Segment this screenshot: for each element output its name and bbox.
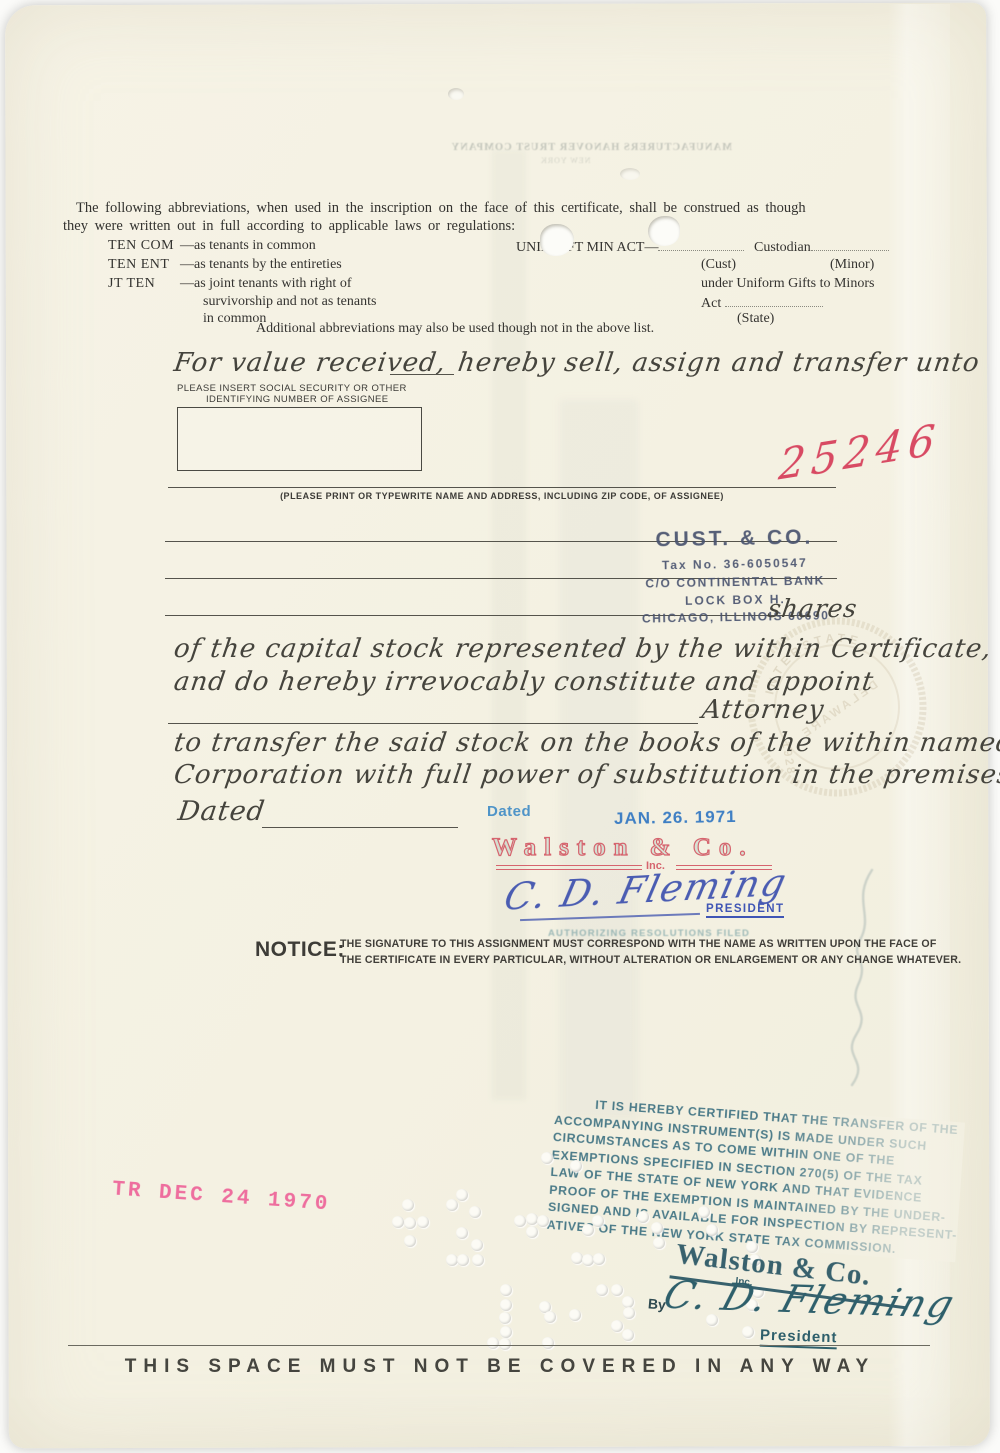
perforation-hole: [537, 1215, 549, 1227]
perforation-hole: [706, 1224, 718, 1236]
perforation-hole: [500, 1326, 512, 1338]
perforation-hole: [526, 1226, 538, 1238]
perforation-hole: [469, 1206, 481, 1218]
perforation-hole: [596, 1284, 608, 1296]
perforation-hole: [582, 1224, 594, 1236]
perforation-layer: [0, 0, 1000, 1453]
perforation-hole: [542, 1337, 554, 1349]
perforation-hole: [570, 1160, 582, 1172]
scanned-certificate-back: MANUFACTURERS HANOVER TRUST COMPANY NEW …: [0, 0, 1000, 1453]
perforation-hole: [514, 1215, 526, 1227]
perforation-hole: [392, 1216, 404, 1228]
perforation-hole: [457, 1254, 469, 1266]
perforation-hole: [742, 1326, 754, 1338]
perforation-hole: [651, 1222, 663, 1234]
perforation-hole: [611, 1320, 623, 1332]
perforation-hole: [698, 1206, 710, 1218]
perforation-hole: [456, 1227, 468, 1239]
perforation-hole: [417, 1216, 429, 1228]
perforation-hole: [404, 1235, 416, 1247]
perforation-hole: [653, 1237, 665, 1249]
perforation-hole: [592, 1215, 604, 1227]
perforation-hole: [637, 1211, 649, 1223]
perforation-hole: [446, 1199, 458, 1211]
perforation-hole: [593, 1253, 605, 1265]
perforation-hole: [404, 1217, 416, 1229]
perforation-hole: [611, 1284, 623, 1296]
perforation-hole: [487, 1337, 499, 1349]
perforation-hole: [623, 1307, 635, 1319]
perforation-hole: [622, 1329, 634, 1341]
footer-warning-text: THIS SPACE MUST NOT BE COVERED IN ANY WA…: [0, 1356, 1000, 1378]
perforation-hole: [541, 1152, 553, 1164]
perforation-hole: [544, 1311, 556, 1323]
perforation-hole: [456, 1189, 468, 1201]
footer-rule: [68, 1345, 930, 1346]
perforation-hole: [500, 1284, 512, 1296]
perforation-hole: [500, 1299, 512, 1311]
perforation-hole: [499, 1338, 511, 1350]
perforation-hole: [402, 1199, 414, 1211]
perforation-hole: [569, 1309, 581, 1321]
perforation-hole: [471, 1239, 483, 1251]
perforation-hole: [472, 1254, 484, 1266]
perforation-hole: [499, 1312, 511, 1324]
